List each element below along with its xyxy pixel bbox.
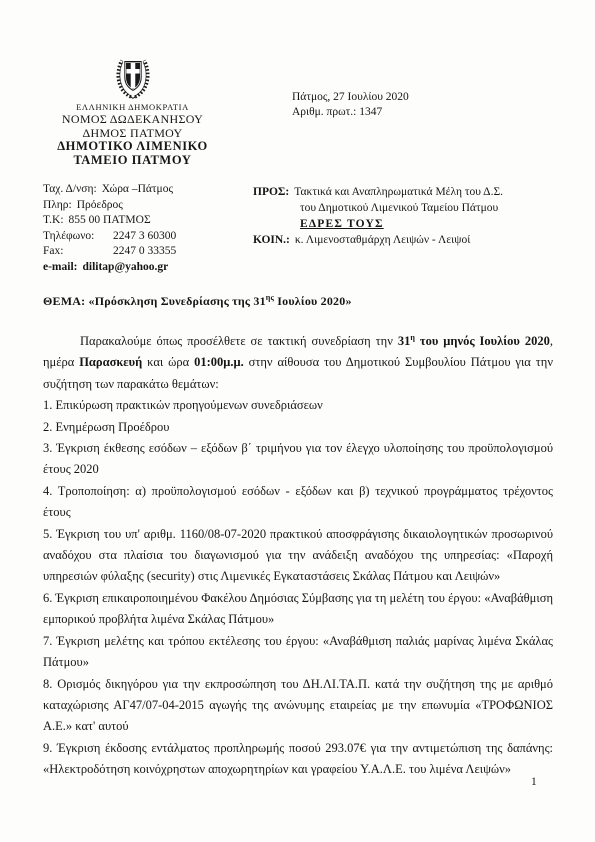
intro-date-bold: 31 — [398, 334, 411, 348]
agenda-item-number: 5. — [43, 527, 52, 541]
agenda-item-2: 2. Ενημέρωση Προέδρου — [43, 417, 553, 438]
intro-day-bold: Παρασκευή — [79, 355, 142, 369]
contact-email-label: e-mail: — [43, 261, 77, 273]
agenda-item-number: 1. — [43, 398, 52, 412]
intro-month-bold: του μηνός Ιουλίου 2020 — [415, 334, 550, 348]
document-page: ΕΛΛΗΝΙΚΗ ΔΗΜΟΚΡΑΤΙΑ ΝΟΜΟΣ ΔΩΔΕΚΑΝΗΣΟΥ ΔΗ… — [0, 0, 595, 842]
agenda-item-number: 3. — [43, 441, 52, 455]
agenda-item-3: 3. Έγκριση έκθεσης εσόδων – εξόδων β΄ τρ… — [43, 438, 553, 481]
contact-row-fax: Fax:2247 0 33355 — [43, 244, 176, 260]
cc-label: ΚΟΙΝ.: — [253, 234, 290, 246]
agenda-item-8: 8. Ορισμός δικηγόρου για την εκπροσώπηση… — [43, 674, 553, 738]
contact-postal-value: 855 00 ΠΑΤΜΟΣ — [69, 214, 151, 226]
agenda-item-number: 8. — [43, 677, 52, 691]
contact-row-postal: Τ.Κ:855 00 ΠΑΤΜΟΣ — [43, 213, 176, 229]
agenda-item-number: 9. — [43, 741, 52, 755]
contact-address-value: Χώρα –Πάτμος — [102, 183, 173, 195]
subject-text-post: Ιουλίου 2020» — [274, 294, 352, 308]
agenda-item-text: Έγκριση επικαιροποιημένου Φακέλου Δημόσι… — [43, 591, 553, 626]
agenda-item-9: 9. Έγκριση έκδοσης εντάλματος προπληρωμή… — [43, 738, 553, 781]
to-label: ΠΡΟΣ: — [253, 186, 289, 198]
contact-row-address: Ταχ. Δ/νση:Χώρα –Πάτμος — [43, 182, 176, 198]
letterhead-org-name-line1: ΔΗΜΟΤΙΚΟ ΛΙΜΕΝΙΚΟ — [25, 140, 240, 154]
agenda-item-text: Έγκριση μελέτης και τρόπου εκτέλεσης του… — [43, 634, 553, 669]
recipients-to-line1: ΠΡΟΣ:Τακτικά και Αναπληρωματικά Μέλη του… — [253, 184, 563, 200]
contact-email-value: dilitap@yahoo.gr — [82, 261, 168, 273]
cc-value: κ. Λιμενοσταθμάρχη Λειψών - Λειψοί — [295, 234, 470, 246]
letterhead-org-block: ΕΛΛΗΝΙΚΗ ΔΗΜΟΚΡΑΤΙΑ ΝΟΜΟΣ ΔΩΔΕΚΑΝΗΣΟΥ ΔΗ… — [25, 55, 240, 167]
agenda-item-text: Ορισμός δικηγόρου για την εκπροσώπηση το… — [43, 677, 553, 734]
contact-fax-label: Fax: — [43, 244, 113, 260]
recipients-block: ΠΡΟΣ:Τακτικά και Αναπληρωματικά Μέλη του… — [253, 184, 563, 248]
subject-ordinal-suffix: ης — [266, 293, 274, 302]
letterhead-municipality: ΔΗΜΟΣ ΠΑΤΜΟΥ — [25, 127, 240, 141]
recipients-to-line3: ΕΔΡΕΣ ΤΟΥΣ — [253, 216, 558, 232]
agenda-item-text: Έγκριση έκδοσης εντάλματος προπληρωμής π… — [43, 741, 553, 776]
date-protocol-block: Πάτμος, 27 Ιουλίου 2020 Αριθμ. πρωτ.: 13… — [292, 90, 409, 120]
agenda-item-text: Τροποποίηση: α) προϋπολογισμού εσόδων - … — [43, 484, 553, 519]
intro-time-bold: 01:00μ.μ. — [194, 355, 244, 369]
contact-block: Ταχ. Δ/νση:Χώρα –Πάτμος Πληρ:Πρόεδρος Τ.… — [43, 182, 176, 276]
subject-text-pre: «Πρόσκληση Συνεδρίασης της 31 — [89, 294, 266, 308]
greek-coat-of-arms-icon — [113, 55, 153, 99]
recipients-to-line2: του Δημοτικού Λιμενικού Ταμείου Πάτμου — [253, 200, 563, 216]
agenda-item-number: 7. — [43, 634, 52, 648]
agenda-item-number: 6. — [43, 591, 52, 605]
page-number: 1 — [531, 776, 537, 788]
letterhead-prefecture: ΝΟΜΟΣ ΔΩΔΕΚΑΝΗΣΟΥ — [25, 113, 240, 127]
place-date: Πάτμος, 27 Ιουλίου 2020 — [292, 90, 409, 105]
contact-fax-value: 2247 0 33355 — [113, 245, 176, 257]
protocol-number: Αριθμ. πρωτ.: 1347 — [292, 105, 409, 120]
recipients-cc-line: ΚΟΙΝ.:κ. Λιμενοσταθμάρχη Λειψών - Λειψοί — [253, 232, 563, 248]
agenda-item-6: 6. Έγκριση επικαιροποιημένου Φακέλου Δημ… — [43, 588, 553, 631]
intro-seg1: Παρακαλούμε όπως προσέλθετε σε τακτική σ… — [80, 334, 398, 348]
agenda-item-text: Έγκριση έκθεσης εσόδων – εξόδων β΄ τριμή… — [43, 441, 553, 476]
contact-info-value: Πρόεδρος — [77, 199, 123, 211]
subject-line: ΘΕΜΑ: «Πρόσκληση Συνεδρίασης της 31ης Ιο… — [43, 294, 553, 309]
contact-postal-label: Τ.Κ: — [43, 214, 64, 226]
agenda-item-text: Επικύρωση πρακτικών προηγούμενων συνεδρι… — [56, 398, 323, 412]
contact-address-label: Ταχ. Δ/νση: — [43, 183, 97, 195]
agenda-item-1: 1. Επικύρωση πρακτικών προηγούμενων συνε… — [43, 395, 553, 416]
letter-body: Παρακαλούμε όπως προσέλθετε σε τακτική σ… — [43, 331, 553, 781]
contact-phone-value: 2247 3 60300 — [113, 230, 176, 242]
contact-phone-label: Τηλέφωνο: — [43, 229, 113, 245]
contact-row-email: e-mail:dilitap@yahoo.gr — [43, 260, 176, 276]
agenda-item-text: Ενημέρωση Προέδρου — [56, 420, 170, 434]
intro-seg3: και ώρα — [142, 355, 194, 369]
to-value-line1: Τακτικά και Αναπληρωματικά Μέλη του Δ.Σ. — [294, 186, 503, 198]
agenda-item-4: 4. Τροποποίηση: α) προϋπολογισμού εσόδων… — [43, 481, 553, 524]
agenda-item-number: 4. — [43, 484, 52, 498]
contact-info-label: Πληρ: — [43, 199, 72, 211]
agenda-item-5: 5. Έγκριση του υπ' αριθμ. 1160/08-07-202… — [43, 524, 553, 588]
agenda-item-number: 2. — [43, 420, 52, 434]
agenda-item-7: 7. Έγκριση μελέτης και τρόπου εκτέλεσης … — [43, 631, 553, 674]
agenda-item-text: Έγκριση του υπ' αριθμ. 1160/08-07-2020 π… — [43, 527, 553, 584]
subject-label: ΘΕΜΑ: — [43, 294, 85, 308]
contact-row-info: Πληρ:Πρόεδρος — [43, 198, 176, 214]
contact-row-phone: Τηλέφωνο:2247 3 60300 — [43, 229, 176, 245]
intro-paragraph: Παρακαλούμε όπως προσέλθετε σε τακτική σ… — [43, 331, 553, 395]
letterhead-org-name-line2: ΤΑΜΕΙΟ ΠΑΤΜΟΥ — [25, 154, 240, 168]
